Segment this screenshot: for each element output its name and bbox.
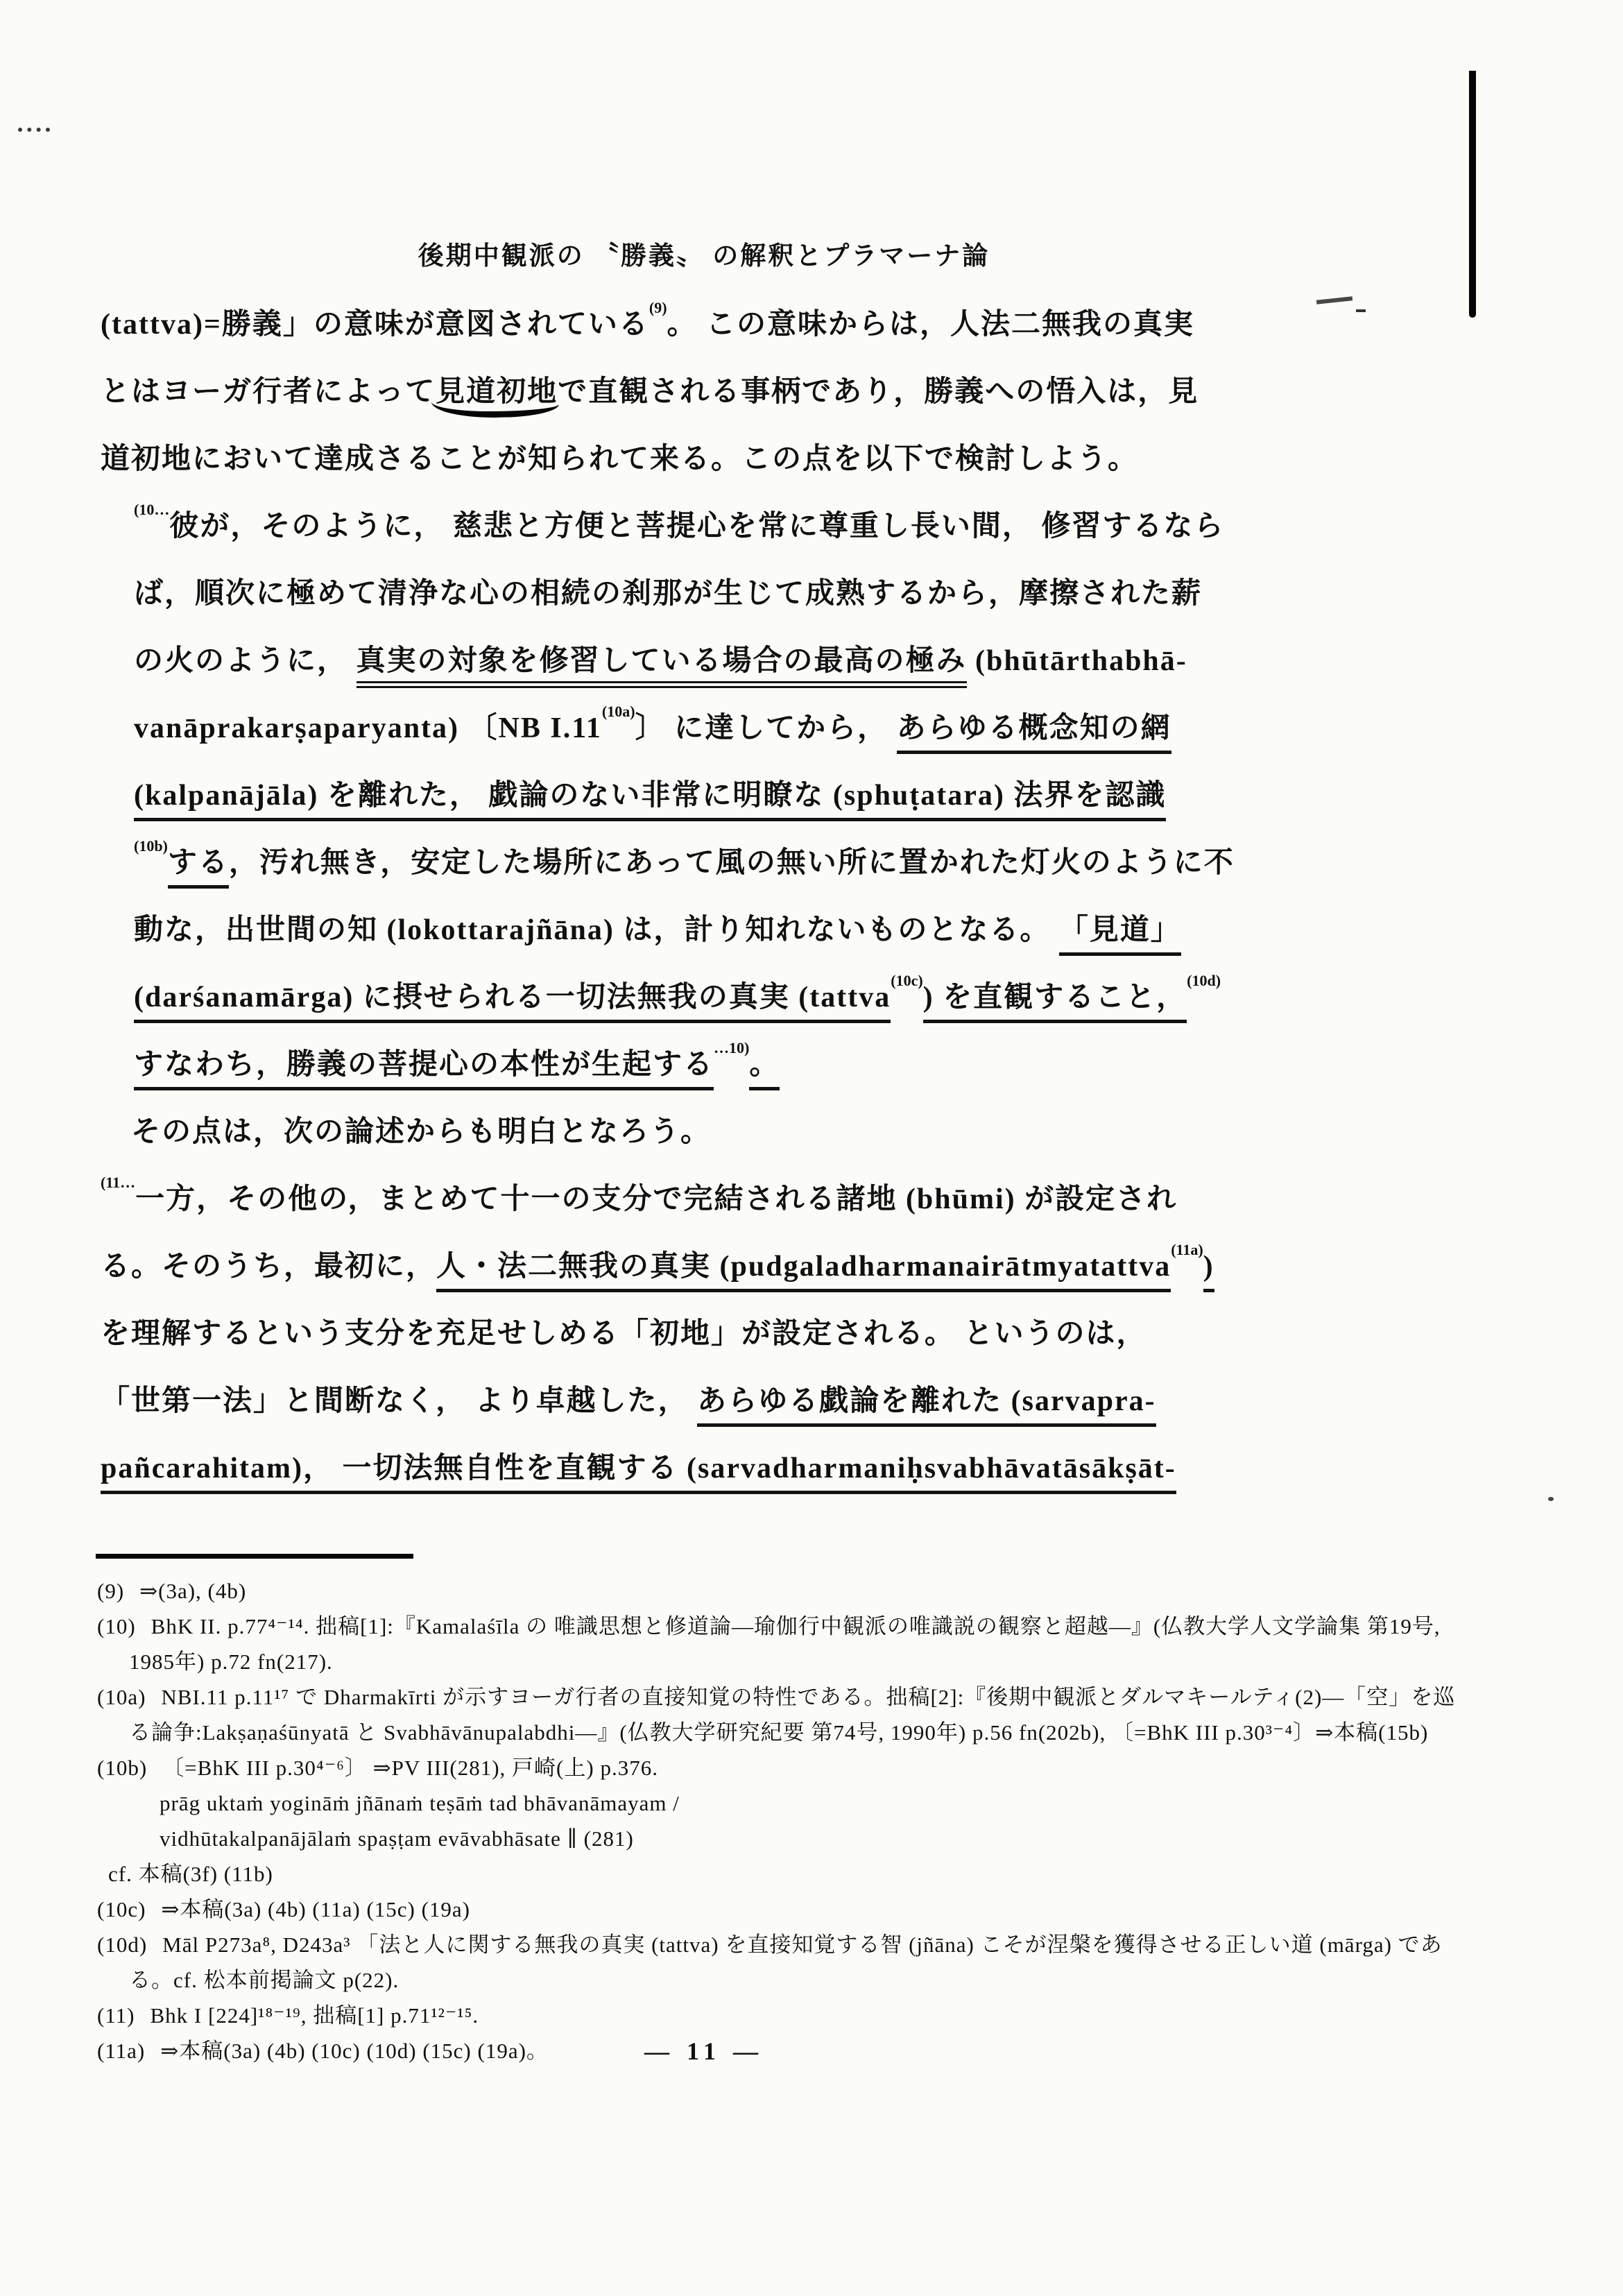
- body-line: pañcarahitam)， 一切法無自性を直観する (sarvadharman…: [101, 1435, 1342, 1502]
- text-segment: vanāprakarṣaparyanta) 〔NB I.11: [134, 712, 602, 744]
- footnote-label: (11): [97, 2003, 135, 2028]
- text-segment: る。そのうち，最初に，: [101, 1251, 436, 1283]
- text-segment: 道初地において達成さることが知られて来る。この点を以下で検討しよう。: [101, 443, 1138, 475]
- footnote-text: BhK II. p.77⁴⁻¹⁴. 拙稿[1]:『Kamalaśīla の 唯識…: [129, 1614, 1441, 1674]
- quote-line: vanāprakarṣaparyanta) 〔NB I.11(10a)〕 に達し…: [101, 695, 1342, 762]
- quote-line: すなわち，勝義の菩提心の本性が生起する…10)。: [101, 1031, 1342, 1099]
- footnote-label: (10a): [97, 1685, 146, 1709]
- footnote: (9)⇒(3a), (4b): [97, 1573, 1477, 1609]
- footnote-text: 〔=BhK III p.30⁴⁻⁶〕 ⇒PV III(281), 戸崎(上) p…: [162, 1756, 658, 1780]
- quote-line: (10b)する，汚れ無き，安定した場所にあって風の無い所に置かれた灯火のように不: [101, 830, 1342, 897]
- text-segment: 動な，出世間の知 (lokottarajñāna) は，計り知れないものとなる。: [134, 914, 1059, 946]
- quote-line: (kalpanājāla) を離れた， 戯論のない非常に明瞭な (sphuṭat…: [101, 762, 1342, 830]
- footnote: (11)Bhk I [224]¹⁸⁻¹⁹, 拙稿[1] p.71¹²⁻¹⁵.: [97, 1998, 1477, 2033]
- body-text: (tattva)=勝義」の意味が意図されている(9)。 この意味からは，人法二無…: [101, 291, 1342, 1502]
- text-segment: で直観される事柄であり，勝義への悟入は，見: [558, 376, 1199, 408]
- footnote-subline: prāg uktaṁ yogināṁ jñānaṁ teṣāṁ tad bhāv…: [97, 1785, 1477, 1821]
- text-segment: pañcarahitam)， 一切法無自性を直観する (sarvadharman…: [101, 1453, 1176, 1494]
- text-segment: 。 この意味からは，人法二無我の真実: [667, 309, 1195, 341]
- footnote: (10b)〔=BhK III p.30⁴⁻⁶〕 ⇒PV III(281), 戸崎…: [97, 1750, 1477, 1785]
- footnote-ref: (10…: [134, 501, 169, 518]
- footnote-ref: (10a): [602, 703, 635, 720]
- text-segment: 人・法二無我の真実 (pudgaladharmanairātmyatattva: [436, 1251, 1171, 1292]
- text-segment: ) を直観すること，: [923, 982, 1187, 1023]
- text-segment: あらゆる概念知の網: [897, 712, 1171, 754]
- scan-artifact-vertical-line: [1469, 71, 1476, 318]
- text-segment: (kalpanājāla) を離れた， 戯論のない非常に明瞭な (sphuṭat…: [134, 780, 1166, 821]
- footnote-separator: [96, 1554, 413, 1559]
- body-line: とはヨーガ行者によって見道初地で直観される事柄であり，勝義への悟入は，見: [101, 359, 1342, 426]
- footnote-subline: cf. 本稿(3f) (11b): [97, 1856, 1477, 1892]
- text-segment: (bhūtārthabhā-: [967, 645, 1187, 677]
- footnotes: (9)⇒(3a), (4b)(10)BhK II. p.77⁴⁻¹⁴. 拙稿[1…: [97, 1573, 1477, 2068]
- body-line: (11…一方，その他の，まとめて十一の支分で完結される諸地 (bhūmi) が設…: [101, 1166, 1342, 1233]
- footnote-ref: (10b): [134, 837, 168, 855]
- quote-line: 動な，出世間の知 (lokottarajñāna) は，計り知れないものとなる。…: [101, 897, 1342, 964]
- footnote-label: (10c): [97, 1897, 146, 1921]
- text-segment: する: [168, 847, 229, 889]
- quote-line: の火のように， 真実の対象を修習している場合の最高の極み (bhūtārthab…: [101, 628, 1342, 695]
- footnote-label: (9): [97, 1579, 124, 1603]
- quote-line: (darśanamārga) に摂せられる一切法無我の真実 (tattva(10…: [101, 964, 1342, 1031]
- footnote-text: ⇒本稿(3a) (4b) (11a) (15c) (19a): [161, 1897, 470, 1921]
- body-line: る。そのうち，最初に，人・法二無我の真実 (pudgaladharmanairā…: [101, 1233, 1342, 1301]
- text-segment: (darśanamārga) に摂せられる一切法無我の真実 (tattva: [134, 982, 891, 1023]
- text-segment: の火のように，: [134, 645, 357, 677]
- footnote-label: (10b): [97, 1756, 147, 1780]
- text-segment: 〕 に達してから，: [635, 712, 897, 744]
- scan-artifact-dot: [1548, 1497, 1554, 1501]
- text-segment: 見道初地: [436, 376, 558, 408]
- text-segment: 「見道」: [1059, 914, 1181, 956]
- footnote-text: ⇒(3a), (4b): [139, 1579, 246, 1603]
- body-line: (tattva)=勝義」の意味が意図されている(9)。 この意味からは，人法二無…: [101, 291, 1342, 359]
- text-segment: ば，順次に極めて清浄な心の相続の刹那が生じて成熟するから，摩擦された薪: [134, 578, 1202, 610]
- quote-line: (10…彼が，そのように， 慈悲と方便と菩提心を常に尊重し長い間， 修習するなら: [101, 493, 1342, 560]
- footnote-label: (10d): [97, 1933, 147, 1957]
- text-segment: を理解するという支分を充足せしめる「初地」が設定される。 というのは，: [101, 1318, 1147, 1350]
- text-segment: 真実の対象を修習している場合の最高の極み: [357, 645, 967, 688]
- page-number: — 11 —: [101, 2037, 1307, 2066]
- footnote-text: Bhk I [224]¹⁸⁻¹⁹, 拙稿[1] p.71¹²⁻¹⁵.: [151, 2003, 479, 2028]
- text-segment: 。: [749, 1049, 780, 1090]
- scan-artifact-dots: [18, 128, 50, 132]
- text-segment: ): [1203, 1251, 1214, 1292]
- scan-artifact-smudge: [1356, 309, 1366, 312]
- footnote: (10a)NBI.11 p.11¹⁷ で Dharmakīrti が示すヨーガ行…: [97, 1679, 1477, 1750]
- scanned-paper-page: { "page": { "running_head": "後期中観派の 〝勝義〟…: [0, 0, 1623, 2296]
- running-head: 後期中観派の 〝勝義〟 の解釈とプラマーナ論: [101, 234, 1307, 272]
- footnote-ref: (11a): [1171, 1241, 1203, 1258]
- body-line: 「世第一法」と間断なく， より卓越した， あらゆる戯論を離れた (sarvapr…: [101, 1368, 1342, 1435]
- body-line: を理解するという支分を充足せしめる「初地」が設定される。 というのは，: [101, 1301, 1342, 1368]
- footnote: (10)BhK II. p.77⁴⁻¹⁴. 拙稿[1]:『Kamalaśīla …: [97, 1609, 1477, 1679]
- text-segment: とはヨーガ行者によって: [101, 376, 436, 408]
- footnote-ref: …10): [714, 1039, 749, 1056]
- text-segment: すなわち，勝義の菩提心の本性が生起する: [134, 1049, 714, 1090]
- text-segment: あらゆる戯論を離れた (sarvapra-: [697, 1385, 1156, 1427]
- text-segment: ，汚れ無き，安定した場所にあって風の無い所に置かれた灯火のように不: [229, 847, 1235, 879]
- body-line: 道初地において達成さることが知られて来る。この点を以下で検討しよう。: [101, 426, 1342, 493]
- text-segment: 彼が，そのように， 慈悲と方便と菩提心を常に尊重し長い間， 修習するなら: [169, 511, 1224, 542]
- footnote-label: (10): [97, 1614, 136, 1638]
- quote-line: ば，順次に極めて清浄な心の相続の刹那が生じて成熟するから，摩擦された薪: [101, 560, 1342, 628]
- footnote-text: Māl P273a⁸, D243a³ 「法と人に関する無我の真実 (tattva…: [129, 1933, 1443, 1992]
- text-segment: 一方，その他の，まとめて十一の支分で完結される諸地 (bhūmi) が設定され: [135, 1183, 1177, 1215]
- footnote-ref: (10d): [1187, 972, 1221, 989]
- footnote-ref: (11…: [101, 1174, 135, 1191]
- body-line: その点は，次の論述からも明白となろう。: [101, 1099, 1342, 1166]
- footnote: (10d)Māl P273a⁸, D243a³ 「法と人に関する無我の真実 (t…: [97, 1927, 1477, 1998]
- text-segment: 「世第一法」と間断なく， より卓越した，: [101, 1385, 697, 1417]
- text-segment: (tattva)=勝義」の意味が意図されている: [101, 309, 649, 341]
- footnote-ref: (9): [649, 299, 667, 316]
- footnote-text: NBI.11 p.11¹⁷ で Dharmakīrti が示すヨーガ行者の直接知…: [129, 1685, 1455, 1745]
- footnote-ref: (10c): [891, 972, 922, 989]
- footnote: (10c)⇒本稿(3a) (4b) (11a) (15c) (19a): [97, 1892, 1477, 1927]
- text-segment: その点は，次の論述からも明白となろう。: [131, 1116, 711, 1148]
- footnote-subline: vidhūtakalpanājālaṁ spaṣṭam evāvabhāsate…: [97, 1821, 1477, 1856]
